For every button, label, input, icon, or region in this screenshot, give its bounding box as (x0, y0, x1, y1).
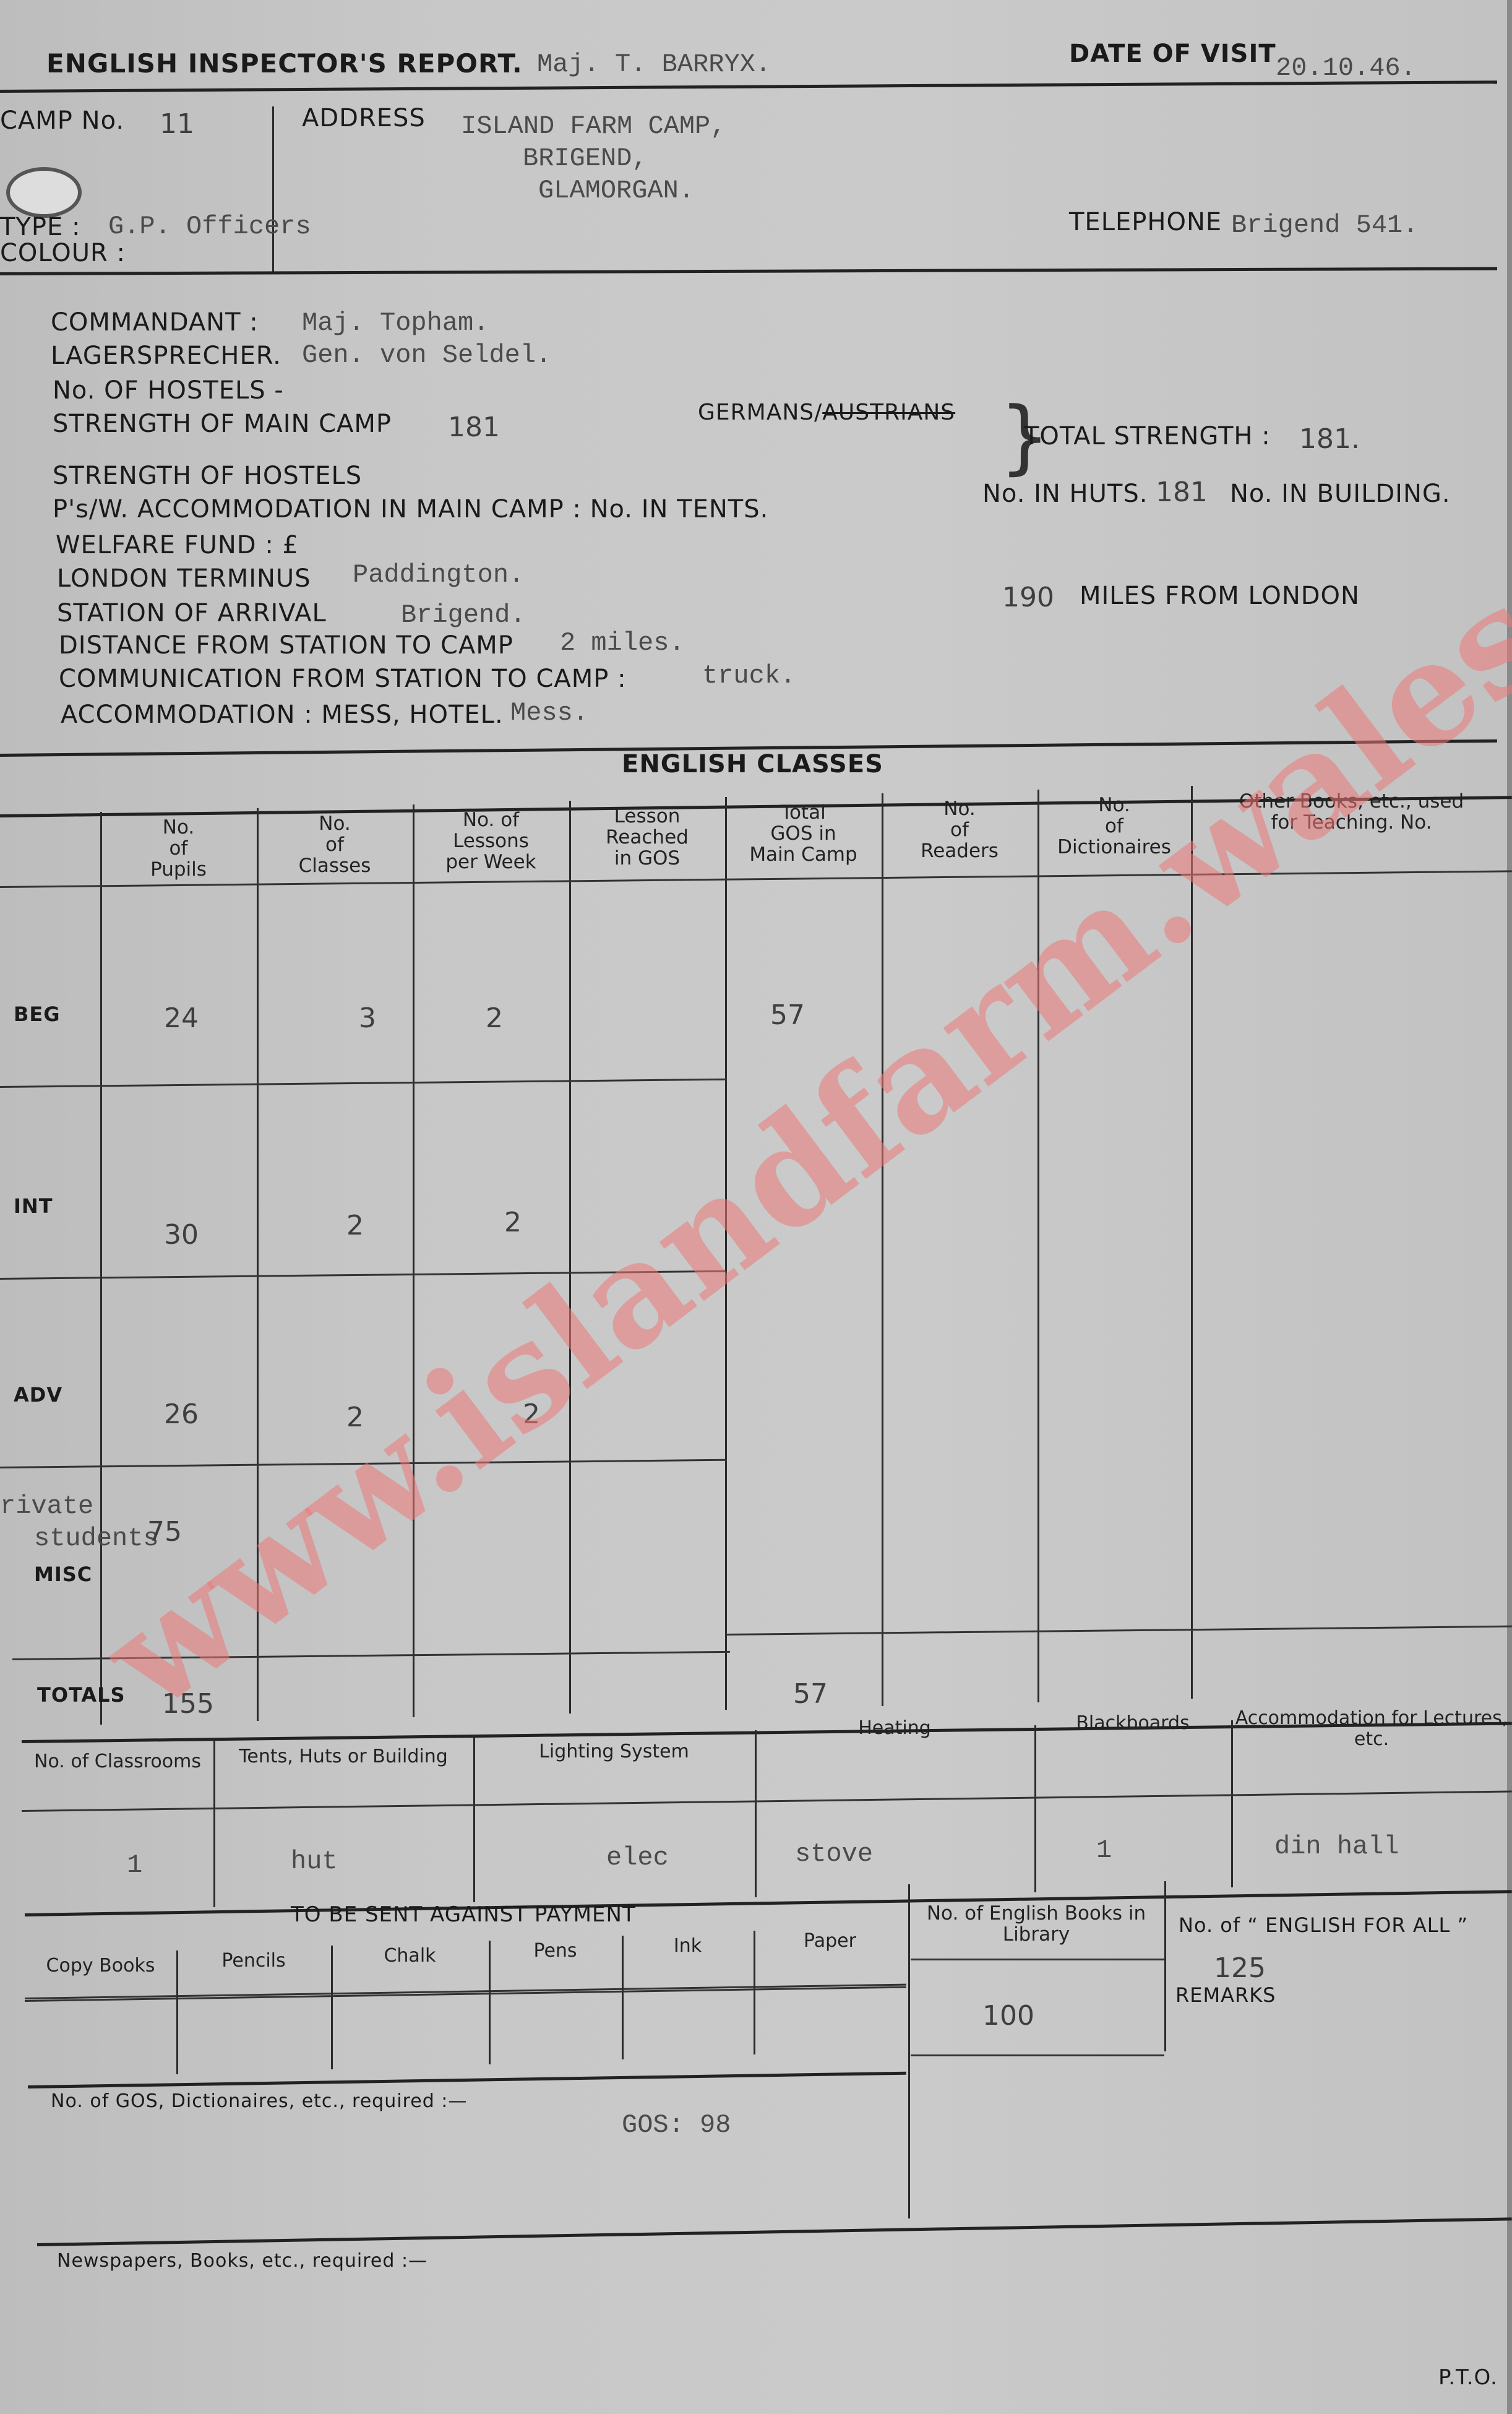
payment-divider (754, 1931, 755, 2054)
total-strength-label: TOTAL STRENGTH : (1024, 422, 1271, 450)
colour-label: COLOUR : (0, 239, 126, 267)
arrival-value: Brigend. (401, 600, 526, 630)
facility-value: 1 (1096, 1835, 1112, 1865)
facility-header: Accommodation for Lectures, etc. (1235, 1708, 1508, 1750)
mess-label: ACCOMMODATION : MESS, HOTEL. (61, 700, 504, 729)
column-divider (413, 804, 415, 1717)
classes-title: ENGLISH CLASSES (622, 750, 883, 778)
facility-header: Lighting System (477, 1741, 751, 1762)
miles-label: MILES FROM LONDON (1080, 582, 1360, 610)
payment-divider (176, 1951, 178, 2074)
punch-hole (6, 167, 82, 218)
facility-divider (1231, 1720, 1233, 1887)
type-label: TYPE : (0, 213, 80, 241)
payment-divider (489, 1941, 491, 2064)
strength-hostels-label: STRENGTH OF HOSTELS (53, 462, 362, 490)
pto-label: P.T.O. (1438, 2365, 1498, 2390)
nationality-label: GERMANS/AUSTRIANS (698, 400, 955, 425)
camp-divider (272, 106, 274, 274)
row-label: BEG (14, 1002, 61, 1026)
efa-divider (1164, 1881, 1166, 2051)
miles-value: 190 (1002, 582, 1054, 613)
gos-required-label: No. of GOS, Dictionaires, etc., required… (51, 2090, 467, 2112)
library-label: No. of English Books in Library (916, 1903, 1157, 1945)
distance-label: DISTANCE FROM STATION TO CAMP (59, 631, 513, 660)
efa-value: 125 (1214, 1952, 1266, 1984)
welfare-label: WELFARE FUND : £ (56, 531, 299, 559)
lagersprecher-value: Gen. von Seldel. (302, 340, 551, 370)
camp-no-value: 11 (160, 108, 194, 140)
cell-lessons: 2 (504, 1207, 522, 1238)
type-value: G.P. Officers (108, 212, 311, 241)
column-header: No. of Readers (887, 798, 1033, 861)
column-header: No. of Lessons per Week (418, 809, 564, 873)
column-header: No. of Pupils (105, 817, 252, 880)
row-note: rivate (0, 1491, 93, 1521)
efa-label: No. of “ ENGLISH FOR ALL ” (1179, 1913, 1468, 1937)
communication-value: truck. (702, 661, 796, 691)
library-bottom-rule (911, 2054, 1164, 2056)
total-strength-value: 181. (1299, 423, 1360, 455)
facility-header: No. of Classrooms (25, 1751, 210, 1772)
totals-label: TOTALS (37, 1683, 126, 1707)
nationality-germans: GERMANS/ (698, 400, 822, 425)
row-label: ADV (14, 1383, 62, 1407)
cell-pupils: 30 (164, 1219, 199, 1251)
facility-header: Heating (758, 1718, 1031, 1739)
row-note: students (34, 1524, 159, 1553)
library-divider (908, 1884, 910, 2218)
cell-pupils: 26 (164, 1399, 199, 1430)
payment-header: Pencils (179, 1951, 329, 1972)
cell-classes: 3 (359, 1002, 376, 1034)
address-line-2: BRIGEND, (523, 144, 648, 173)
column-header: Lesson Reached in GOS (574, 806, 720, 869)
payment-divider (331, 1946, 333, 2069)
inspector-name: Maj. T. BARRYX. (537, 50, 771, 79)
payment-title: TO BE SENT AGAINST PAYMENT (291, 1902, 636, 1927)
facility-value: 1 (127, 1850, 142, 1880)
payment-header: Copy Books (27, 1955, 174, 1976)
payment-header: Ink (624, 1936, 751, 1957)
facility-divider (755, 1730, 757, 1897)
payment-header: Pens (491, 1941, 619, 1962)
date-label: DATE OF VISIT (1069, 40, 1276, 68)
nationality-austrians: AUSTRIANS (822, 400, 955, 425)
row-label: MISC (34, 1563, 92, 1586)
facility-header: Blackboards (1038, 1713, 1227, 1734)
column-header: Total GOS in Main Camp (730, 802, 877, 865)
cell-classes: 2 (346, 1210, 364, 1241)
accommodation-label: P's/W. ACCOMMODATION IN MAIN CAMP : No. … (53, 495, 768, 524)
payment-header: Paper (756, 1931, 904, 1952)
arrival-label: STATION OF ARRIVAL (57, 599, 327, 627)
telephone-value: Brigend 541. (1231, 210, 1418, 240)
row-label: INT (14, 1194, 53, 1218)
facility-divider (473, 1735, 475, 1902)
distance-value: 2 miles. (560, 628, 685, 658)
facility-value: din hall (1274, 1832, 1399, 1861)
facility-value: hut (291, 1847, 338, 1876)
totals-gos: 57 (793, 1678, 828, 1710)
column-divider (882, 793, 883, 1706)
address-line-3: GLAMORGAN. (538, 176, 694, 205)
cell-gos-total: 57 (770, 999, 805, 1031)
date-value: 20.10.46. (1276, 53, 1416, 83)
remarks-label: REMARKS (1175, 1983, 1276, 2007)
mess-value: Mess. (510, 698, 588, 728)
terminus-value: Paddington. (353, 560, 524, 590)
hostels-label: No. OF HOSTELS - (53, 376, 284, 405)
page-edge (1507, 0, 1512, 2414)
commandant-value: Maj. Topham. (302, 308, 489, 338)
library-value: 100 (982, 2000, 1034, 2032)
library-rule (911, 1959, 1164, 1960)
address-label: ADDRESS (302, 104, 426, 132)
commandant-label: COMMANDANT : (51, 308, 259, 337)
camp-no-label: CAMP No. (0, 106, 124, 135)
telephone-label: TELEPHONE : (1069, 208, 1239, 236)
communication-label: COMMUNICATION FROM STATION TO CAMP : (59, 665, 627, 693)
payment-divider (622, 1936, 624, 2059)
facility-header: Tents, Huts or Building (217, 1746, 470, 1767)
huts-label: No. IN HUTS. (982, 480, 1148, 508)
facility-divider (1034, 1725, 1036, 1892)
payment-header: Chalk (333, 1946, 486, 1967)
column-header: No. of Classes (262, 813, 408, 876)
newspapers-label: Newspapers, Books, etc., required :— (57, 2250, 427, 2272)
building-label: No. IN BUILDING. (1230, 480, 1451, 508)
report-title: ENGLISH INSPECTOR'S REPORT. (46, 48, 523, 79)
address-line-1: ISLAND FARM CAMP, (461, 111, 726, 141)
lagersprecher-label: LAGERSPRECHER. (51, 342, 281, 370)
facility-value: stove (795, 1839, 873, 1869)
strength-main-label: STRENGTH OF MAIN CAMP (53, 410, 392, 438)
cell-lessons: 2 (486, 1002, 503, 1034)
terminus-label: LONDON TERMINUS (57, 564, 311, 593)
gos-required-value: GOS: 98 (622, 2110, 731, 2140)
facility-divider (213, 1740, 215, 1907)
strength-main-value: 181 (448, 412, 500, 443)
huts-value: 181 (1156, 476, 1208, 508)
cell-pupils: 24 (164, 1002, 199, 1034)
facility-value: elec (606, 1843, 669, 1873)
